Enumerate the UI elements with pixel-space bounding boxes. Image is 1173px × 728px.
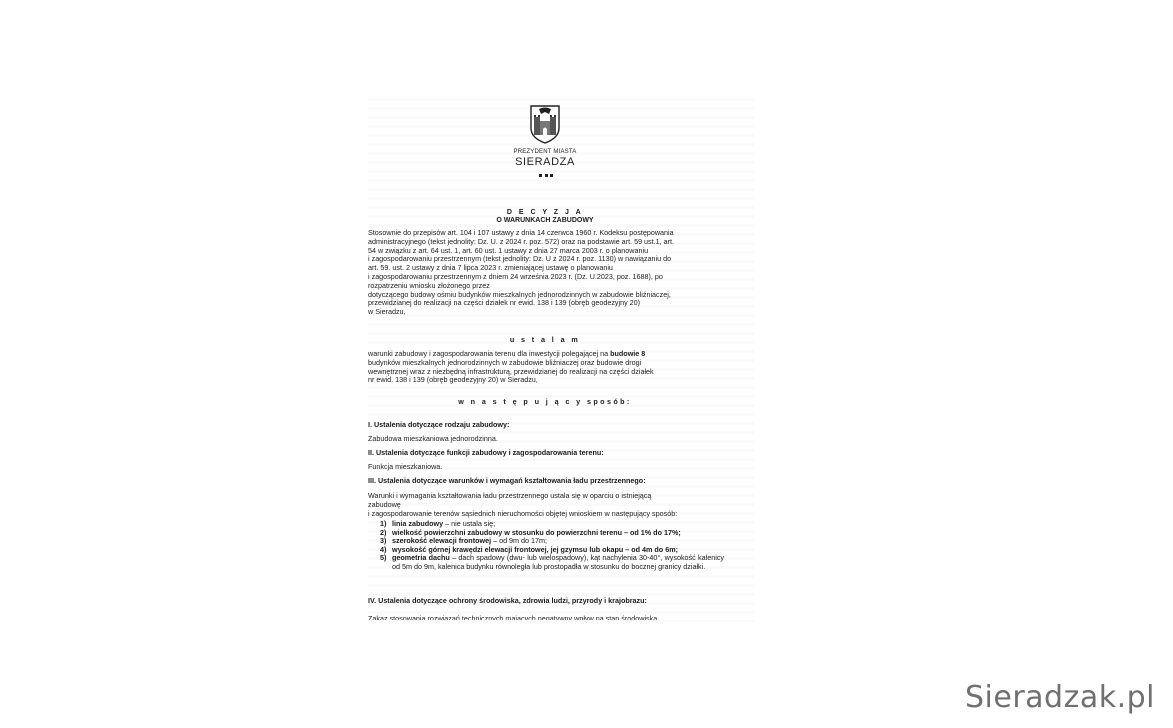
preamble-line: w Sieradzu, <box>368 308 722 317</box>
ustalam-heading: u s t a l a m <box>368 335 722 344</box>
section-4-heading: IV. Ustalenia dotyczące ochrony środowis… <box>368 596 728 605</box>
authority-city: SIERADZA <box>368 156 722 168</box>
preamble-line: przewidzianej do realizacji na części dz… <box>368 299 722 308</box>
header-ornament <box>539 174 553 177</box>
coat-of-arms-icon <box>529 104 561 144</box>
decision-bold: budowie 8 <box>610 349 645 358</box>
section-1-heading: I. Ustalenia dotyczące rodzaju zabudowy: <box>368 420 728 429</box>
decision-text: warunki zabudowy i zagospodarowania tere… <box>368 350 722 385</box>
document-title: D E C Y Z J A <box>368 209 722 216</box>
section-2-heading: II. Ustalenia dotyczące funkcji zabudowy… <box>368 448 728 457</box>
document-page: PREZYDENT MIASTA SIERADZA D E C Y Z J A … <box>368 92 754 622</box>
section-3-list: 1)linia zabudowy – nie ustala się; 2)wie… <box>380 520 724 572</box>
decision-line: nr ewid. 138 i 139 (obręb geodezyjny 20)… <box>368 376 722 385</box>
manner-heading: w n a s t ę p u j ą c y sposób: <box>368 397 722 406</box>
site-watermark: Sieradzak.pl <box>965 680 1155 715</box>
decision-intro: warunki zabudowy i zagospodarowania tere… <box>368 349 610 358</box>
preamble: Stosownie do przepisów art. 104 i 107 us… <box>368 229 722 317</box>
authority-line: PREZYDENT MIASTA <box>368 149 722 155</box>
section-3-heading: III. Ustalenia dotyczące warunków i wyma… <box>368 476 728 485</box>
section-4-text-cut: Zakaz stosowania rozwiązań technicznych … <box>368 614 722 620</box>
document-subtitle: O WARUNKACH ZABUDOWY <box>368 217 722 224</box>
section-3-line: i zagospodarowanie terenów sąsiednich ni… <box>368 510 722 519</box>
section-3-text: Warunki i wymagania kształtowania ładu p… <box>368 492 722 518</box>
section-3-line: Warunki i wymagania kształtowania ładu p… <box>368 492 722 501</box>
section-1-text: Zabudowa mieszkaniowa jednorodzinna. <box>368 434 722 443</box>
list-item: 5)geometria dachu – dach spadowy (dwu- l… <box>380 554 724 571</box>
section-2-text: Funkcja mieszkaniowa. <box>368 462 722 471</box>
